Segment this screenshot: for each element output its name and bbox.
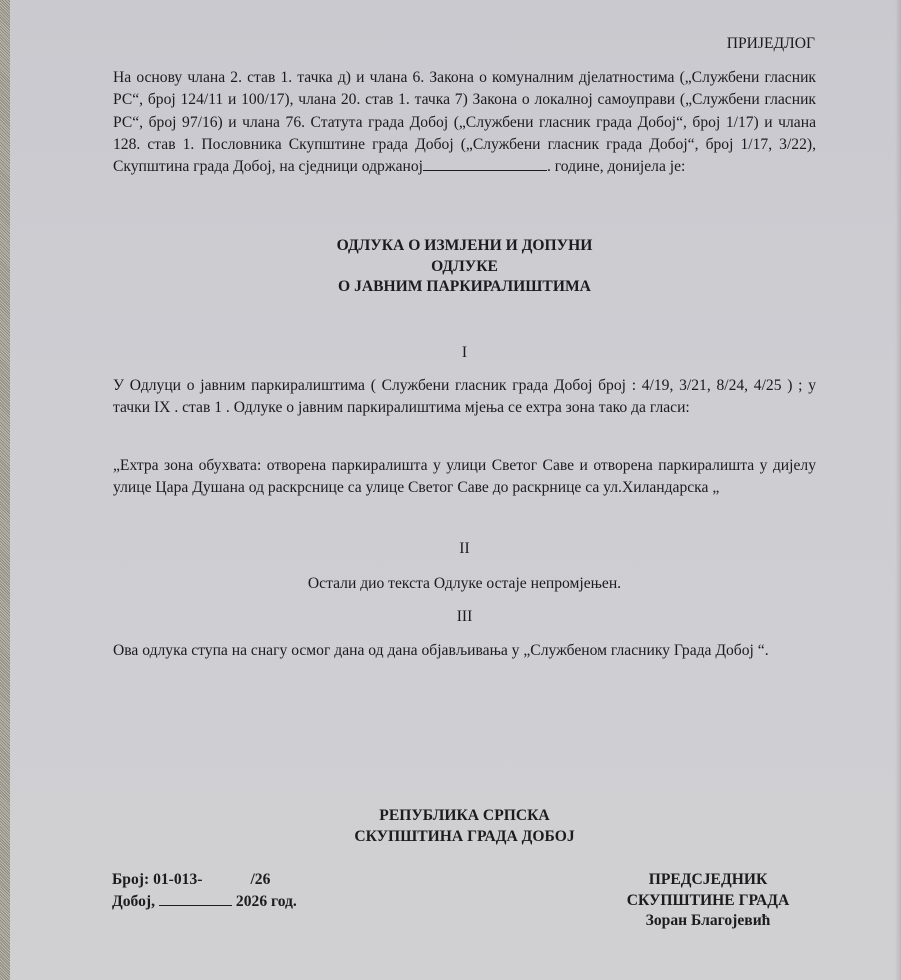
reference-number-line: Број: 01-013-/26: [112, 870, 297, 891]
title-line-2: ОДЛУКЕ: [113, 257, 816, 278]
section-1-paragraph-2: „Ехтра зона обухвата: отворена паркирали…: [113, 455, 816, 500]
reference-number-label: Број: 01-013-: [112, 871, 202, 888]
authority-line-1: РЕПУБЛИКА СРПСКА: [113, 806, 816, 827]
section-number-3: III: [113, 606, 816, 628]
proposal-label: ПРИЈЕДЛОГ: [727, 33, 815, 55]
reference-place-label: Добој,: [112, 893, 155, 910]
decision-title: ОДЛУКА О ИЗМЈЕНИ И ДОПУНИ ОДЛУКЕ О ЈАВНИ…: [113, 236, 816, 298]
title-line-3: О ЈАВНИМ ПАРКИРАЛИШТИМА: [113, 277, 816, 298]
reference-number-suffix: /26: [250, 871, 270, 888]
decision-document: ПРИЈЕДЛОГ На основу члана 2. став 1. тач…: [0, 0, 901, 980]
document-reference: Број: 01-013-/26 Добој, 2026 год.: [112, 870, 297, 912]
section-number-1: I: [113, 342, 816, 364]
session-date-blank: [423, 156, 547, 171]
section-1-paragraph-1: У Одлуци о јавним паркиралиштима ( Служб…: [113, 375, 816, 420]
section-number-2: II: [113, 538, 816, 560]
signatory-name: Зоран Благојевић: [590, 911, 826, 932]
signature-block: ПРЕДСЈЕДНИК СКУПШТИНЕ ГРАДА Зоран Благој…: [590, 870, 826, 932]
reference-year: 2026 год.: [236, 893, 297, 910]
preamble-paragraph: На основу члана 2. став 1. тачка д) и чл…: [113, 67, 816, 178]
authority-line-2: СКУПШТИНА ГРАДА ДОБОЈ: [113, 827, 816, 848]
reference-date-blank: [159, 891, 232, 906]
title-line-1: ОДЛУКА О ИЗМЈЕНИ И ДОПУНИ: [113, 236, 816, 257]
section-2-paragraph: Остали дио текста Одлуке остаје непромје…: [113, 573, 816, 595]
signatory-title-line-2: СКУПШТИНЕ ГРАДА: [590, 891, 826, 912]
signatory-title-line-1: ПРЕДСЈЕДНИК: [590, 870, 826, 891]
section-3-paragraph: Ова одлука ступа на снагу осмог дана од …: [113, 640, 816, 662]
reference-place-line: Добој, 2026 год.: [112, 891, 297, 913]
issuing-authority: РЕПУБЛИКА СРПСКА СКУПШТИНА ГРАДА ДОБОЈ: [113, 806, 816, 847]
preamble-ending: . године, донијела је:: [547, 158, 685, 175]
